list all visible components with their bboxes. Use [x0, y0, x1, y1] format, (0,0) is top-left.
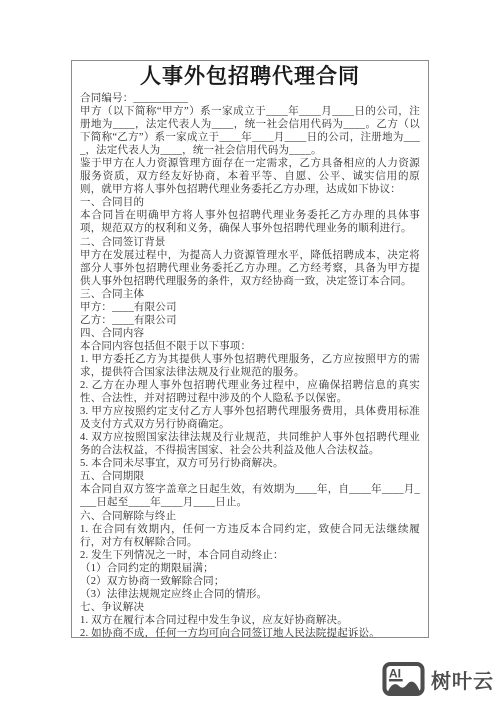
svg-text:AI: AI [389, 666, 401, 680]
paragraph-background: 甲方在发展过程中，为提高人力资源管理水平，降低招聘成本，决定将部分人事外包招聘代… [80, 249, 420, 288]
page: 人事外包招聘代理合同 合同编号：__________ 甲方（以下简称“甲方”）系… [0, 0, 500, 707]
paragraph-preamble: 鉴于甲方在人力资源管理方面存在一定需求，乙方具备相应的人力资源服务资质，双方经友… [80, 157, 420, 196]
termination-item-2: 2. 发生下列情况之一时，本合同自动终止： [80, 549, 420, 562]
termination-item-1: 1. 在合同有效期内，任何一方违反本合同约定，致使合同无法继续履行，对方有权解除… [80, 523, 420, 549]
section-heading-subjects: 三、合同主体 [80, 288, 420, 301]
paragraph-term: 本合同自双方签字盖章之日起生效，有效期为____年，自____年____月___… [80, 483, 420, 509]
paragraph-content-intro: 本合同内容包括但不限于以下事项： [80, 340, 420, 353]
contract-document: 人事外包招聘代理合同 合同编号：__________ 甲方（以下简称“甲方”）系… [71, 60, 429, 638]
section-heading-content: 四、合同内容 [80, 327, 420, 340]
content-item-3: 3. 甲方应按照约定支付乙方人事外包招聘代理服务费用，具体费用标准及支付方式双方… [80, 405, 420, 431]
termination-case-2: （2）双方协商一致解除合同； [80, 575, 420, 588]
section-heading-termination: 六、合同解除与终止 [80, 510, 420, 523]
contract-number: 合同编号：__________ [80, 92, 420, 105]
content-item-1: 1. 甲方委托乙方为其提供人事外包招聘代理服务，乙方应按照甲方的需求，提供符合国… [80, 353, 420, 379]
content-item-2: 2. 乙方在办理人事外包招聘代理业务过程中，应确保招聘信息的真实性、合法性，并对… [80, 379, 420, 405]
watermark-brand: 树叶云 [431, 665, 494, 694]
content-item-5: 5. 本合同未尽事宜，双方可另行协商解决。 [80, 457, 420, 470]
section-heading-purpose: 一、合同目的 [80, 196, 420, 209]
section-heading-disputes: 七、争议解决 [80, 601, 420, 614]
dispute-item-1: 1. 双方在履行本合同过程中发生争议，应友好协商解决。 [80, 614, 420, 627]
termination-case-1: （1）合同约定的期限届满； [80, 562, 420, 575]
section-heading-background: 二、合同签订背景 [80, 236, 420, 249]
ai-image-logo-icon: AI [382, 662, 425, 696]
party-b-line: 乙方：____有限公司 [80, 314, 420, 327]
paragraph-purpose: 本合同旨在明确甲方将人事外包招聘代理业务委托乙方办理的具体事项，规范双方的权利和… [80, 209, 420, 235]
content-item-4: 4. 双方应按照国家法律法规及行业规范，共同维护人事外包招聘代理业务的合法权益，… [80, 431, 420, 457]
party-a-line: 甲方：____有限公司 [80, 301, 420, 314]
termination-case-3: （3）法律法规规定应终止合同的情形。 [80, 588, 420, 601]
document-title: 人事外包招聘代理合同 [80, 64, 420, 90]
dispute-item-2: 2. 如协商不成，任何一方均可向合同签订地人民法院提起诉讼。 [80, 627, 420, 638]
watermark: AI 树叶云 [382, 662, 494, 696]
section-heading-term: 五、合同期限 [80, 470, 420, 483]
paragraph-parties: 甲方（以下简称“甲方”）系一家成立于____年____月____日的公司，注册地… [80, 105, 420, 157]
